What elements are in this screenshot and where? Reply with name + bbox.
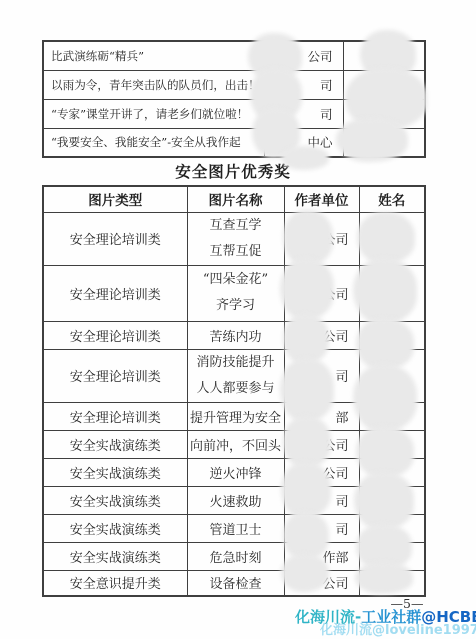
picture-name: 危急时刻 [187,542,284,570]
watermark-text: 化海川流-工业社群@HCBBS [295,606,476,627]
col-header-author-unit: 作者单位 [284,186,359,212]
picture-name-line: 互帮互促 [188,239,284,265]
picture-type: 安全实战演练类 [43,486,187,514]
redaction-blob [357,212,415,264]
picture-name-line: 互查互学 [188,213,284,239]
redaction-blob [336,118,408,162]
picture-name: 苦练内功 [187,321,284,349]
entry-title: 以雨为令，青年突击队的队员们，出击！ [43,70,264,99]
picture-name-line: 消防技能提升 [188,350,284,376]
header-row: 图片类型 图片名称 作者单位 姓名 [43,186,425,212]
redaction-blob [353,364,417,432]
section-title: 安全图片优秀奖 [42,160,424,182]
document-page: 比武演练砺“精兵” 公司 以雨为令，青年突击队的队员们，出击！ 司 “专家”课堂… [0,0,476,639]
picture-type: 安全理论培训类 [43,212,187,265]
picture-name: 消防技能提升 人人都要参与 [187,349,284,402]
picture-name-line: 人人都要参与 [188,376,284,402]
picture-type: 安全理论培训类 [43,321,187,349]
picture-type: 安全理论培训类 [43,265,187,321]
picture-type: 安全实战演练类 [43,430,187,458]
picture-name: 互查互学 互帮互促 [187,212,284,265]
picture-name-line: 齐学习 [188,293,284,319]
redaction-blob [356,426,414,478]
redaction-blob [280,358,334,422]
picture-type: 安全实战演练类 [43,542,187,570]
watermark-part: 工业社群 [361,608,421,626]
redaction-blob [280,258,334,320]
redaction-blob [283,314,329,364]
picture-type: 安全实战演练类 [43,514,187,542]
col-header-person-name: 姓名 [359,186,425,212]
watermark-part: @HCBBS [421,608,476,626]
picture-name: 火速救助 [187,486,284,514]
redaction-blob [356,318,414,370]
redaction-blob [353,258,417,324]
picture-name: 逆火冲锋 [187,458,284,486]
col-header-picture-type: 图片类型 [43,186,187,212]
picture-type: 安全理论培训类 [43,349,187,402]
watermark-part: 化海川流- [295,608,361,626]
picture-name: 管道卫士 [187,514,284,542]
col-header-picture-name: 图片名称 [187,186,284,212]
picture-type: 安全理论培训类 [43,402,187,430]
entry-title: 比武演练砺“精兵” [43,41,264,70]
redaction-blob [283,416,331,468]
picture-type: 安全实战演练类 [43,458,187,486]
redaction-blob [355,562,413,594]
redaction-blob [281,554,329,592]
picture-name-line: “四朵金花” [188,267,284,293]
redaction-blob [283,512,329,560]
redaction-blob [281,462,331,518]
entry-title: “我要安全、我能安全”-安全从我作起 [43,128,264,157]
entry-title: “专家”课堂开讲了，请老乡们就位啦！ [43,99,264,128]
picture-name: 提升管理为安全 [187,402,284,430]
picture-name: 向前冲，不回头 [187,430,284,458]
picture-name: “四朵金花” 齐学习 [187,265,284,321]
redaction-blob [281,146,329,170]
picture-name: 设备检查 [187,570,284,596]
redaction-blob [354,472,414,530]
picture-type: 安全意识提升类 [43,570,187,596]
